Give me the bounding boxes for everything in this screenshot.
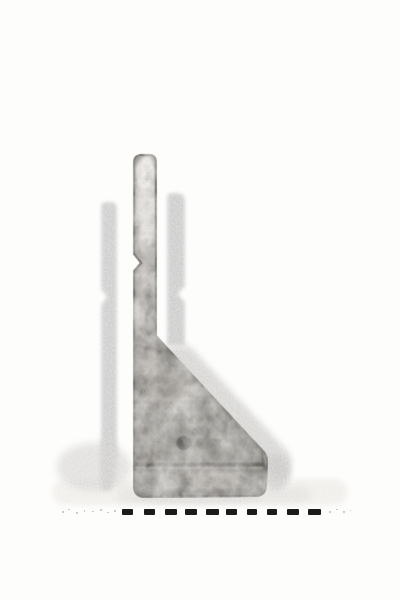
residue-speck	[68, 509, 70, 510]
base-groove-light-line	[134, 467, 264, 469]
scale-bar-dash	[267, 509, 277, 515]
residue-speck	[62, 511, 64, 513]
scale-bar-dash	[308, 509, 321, 515]
scale-bar-dash	[226, 509, 237, 515]
gusset-highlight-upper	[140, 353, 160, 379]
scale-bar-dash	[122, 509, 133, 515]
scale-bar-dash	[206, 509, 219, 515]
residue-speck	[329, 511, 331, 513]
residue-speck	[76, 512, 78, 514]
residue-speck	[350, 510, 351, 511]
gusset-dark-patch-left	[138, 418, 162, 462]
residue-speck	[336, 509, 338, 510]
scale-bar-dash	[287, 509, 299, 515]
scale-bar-dash	[247, 509, 257, 515]
scale-bar-dash	[185, 509, 197, 515]
photo-background	[0, 0, 400, 600]
scale-bar-dash	[165, 509, 177, 515]
scale-bar-dash	[144, 509, 155, 515]
gusset-highlight	[152, 375, 192, 409]
residue-speck	[343, 511, 345, 513]
right-shadow-bar	[166, 192, 186, 346]
post-tip-highlight	[136, 156, 154, 188]
residue-speck	[92, 511, 94, 512]
residue-speck	[107, 512, 109, 513]
left-ground-shadow-blob	[54, 440, 134, 494]
residue-speck	[114, 510, 116, 512]
peg-hole	[177, 436, 192, 450]
residue-speck	[100, 509, 102, 511]
scene-svg	[0, 0, 400, 600]
residue-speck	[84, 510, 85, 512]
artifact-photograph	[0, 0, 400, 600]
base-groove-dark-line	[134, 463, 264, 466]
